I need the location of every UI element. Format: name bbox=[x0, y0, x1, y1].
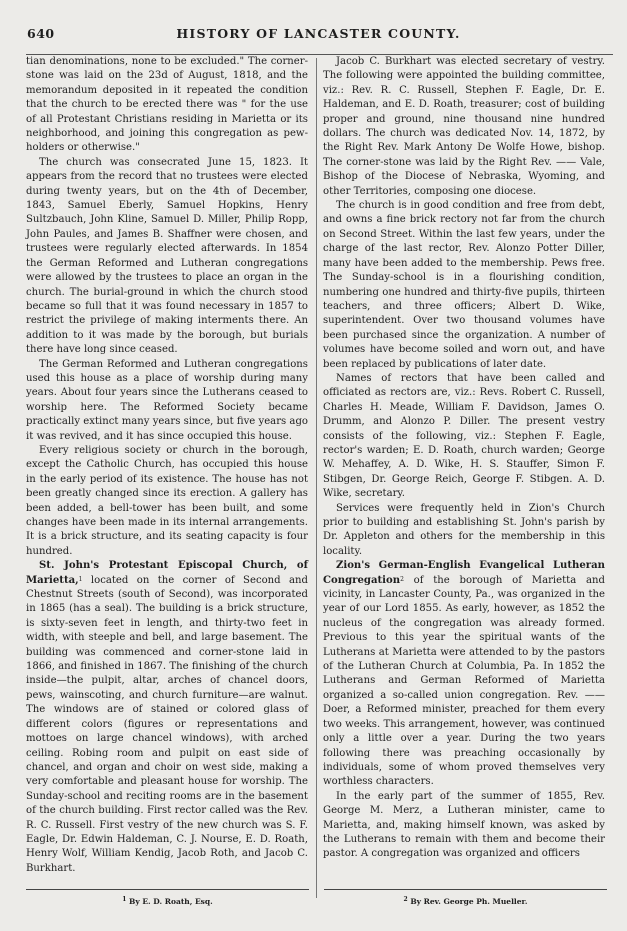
section-paragraph: St. John's Protestant Episcopal Church, … bbox=[26, 559, 308, 876]
paragraph: The church is in good condition and free… bbox=[323, 199, 605, 372]
footnote-left: 1 By E. D. Roath, Esq. bbox=[26, 897, 309, 906]
paragraph: In the early part of the summer of 1855,… bbox=[323, 790, 605, 862]
column-divider bbox=[316, 58, 317, 898]
footnote-right: 2 By Rev. George Ph. Mueller. bbox=[324, 897, 607, 906]
paragraph: The German Reformed and Lutheran congreg… bbox=[26, 358, 308, 444]
footnote-mark: 1 bbox=[79, 576, 83, 583]
footnote-text: By Rev. George Ph. Mueller. bbox=[408, 897, 528, 906]
section-text: of the borough of Marietta and vicinity,… bbox=[323, 575, 605, 788]
footnote-mark: 1 bbox=[122, 896, 126, 903]
right-column: Jacob C. Burkhart was elected secretary … bbox=[323, 55, 605, 862]
left-column: tian denominations, none to be excluded.… bbox=[26, 55, 308, 876]
footnote-mark: 2 bbox=[400, 576, 404, 583]
book-page: 640 HISTORY OF LANCASTER COUNTY. tian de… bbox=[0, 0, 627, 931]
running-title: HISTORY OF LANCASTER COUNTY. bbox=[27, 26, 610, 41]
section-text: located on the corner of Second and Ches… bbox=[26, 575, 308, 874]
footnote-mark: 2 bbox=[404, 896, 408, 903]
paragraph: The church was consecrated June 15, 1823… bbox=[26, 156, 308, 358]
running-header: 640 HISTORY OF LANCASTER COUNTY. bbox=[27, 26, 610, 42]
paragraph: Jacob C. Burkhart was elected secretary … bbox=[323, 55, 605, 199]
section-paragraph: Zion's German-English Evangelical Luther… bbox=[323, 559, 605, 790]
paragraph: Names of rectors that have been called a… bbox=[323, 372, 605, 502]
paragraph: Every religious society or church in the… bbox=[26, 444, 308, 559]
footnote-rule-right bbox=[324, 889, 607, 890]
paragraph: Services were frequently held in Zion's … bbox=[323, 502, 605, 560]
paragraph: tian denominations, none to be excluded.… bbox=[26, 55, 308, 156]
footnote-rule-left bbox=[26, 889, 309, 890]
footnote-text: By E. D. Roath, Esq. bbox=[126, 897, 212, 906]
